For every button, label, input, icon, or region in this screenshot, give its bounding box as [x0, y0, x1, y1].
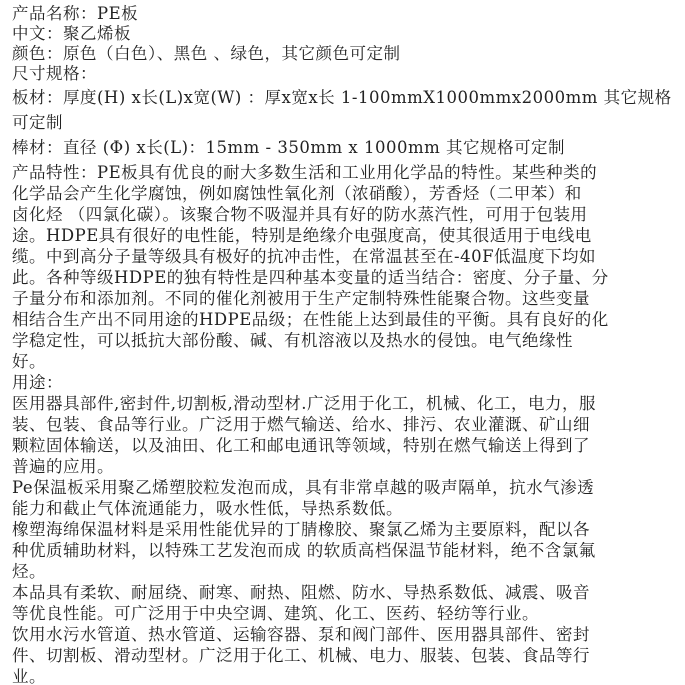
text-line: 等优良性能。可广泛用于中央空调、建筑、化工、医药、轻纺等行业。 [12, 604, 539, 624]
text-line: 医用器具部件,密封件,切割板,滑动型材.广泛用于化工，机械、化工，电力，服 [12, 394, 596, 414]
text-line: 化学品会产生化学腐蚀，例如腐蚀性氧化剂（浓硝酸），芳香烃（二甲苯）和 [12, 184, 582, 204]
text-line: 缆。中到高分子量等级具有极好的抗冲击性，在常温甚至在-40F低温度下均如 [12, 247, 596, 267]
text-line: 能力和截止气体流通能力，吸水性低，导热系数低。 [12, 499, 403, 519]
text-line: Pe保温板采用聚乙烯塑胶粒发泡而成，具有非常卓越的吸声隔单，抗水气渗透 [12, 478, 594, 498]
text-line: 途。HDPE具有很好的电性能，特别是绝缘介电强度高，使其很适用于电线电 [12, 226, 592, 246]
text-line: 装、包装、食品等行业。广泛用于燃气输送、给水、排污、农业灌溉、矿山细 [12, 415, 590, 435]
text-line: 棒材：直径 (Φ) x长(L)：15mm - 350mm x 1000mm 其它… [12, 138, 565, 158]
text-line: 产品特性：PE板具有优良的耐大多数生活和工业用化学品的特性。某些种类的 [12, 163, 597, 183]
text-line: 烃。 [12, 562, 46, 582]
text-line: 此。各种等级HDPE的独有特性是四种基本变量的适当结合：密度、分子量、分 [12, 268, 609, 288]
text-line: 卤化烃 （四氯化碳）。该聚合物不吸湿并具有好的防水蒸汽性，可用于包装用 [12, 205, 588, 225]
text-line: 饮用水污水管道、热水管道、运输容器、泵和阀门部件、医用器具部件、密封 [12, 625, 590, 645]
text-line: 产品名称：PE板 [12, 4, 138, 24]
text-line: 件、切割板、滑动型材。广泛用于化工、机械、电力、服装、包装、食品等行 [12, 646, 590, 666]
text-line: 橡塑海绵保温材料是采用性能优异的丁腈橡胶、聚氯乙烯为主要原料，配以各 [12, 520, 590, 540]
text-line: 学稳定性，可以抵抗大部份酸、碱、有机溶液以及热水的侵蚀。电气绝缘性 [12, 331, 573, 351]
text-line: 颜色：原色（白色）、黑色 、绿色，其它颜色可定制 [12, 44, 401, 64]
text-line: 可定制 [12, 113, 63, 133]
text-line: 相结合生产出不同用途的HDPE品级；在性能上达到最佳的平衡。具有良好的化 [12, 310, 609, 330]
text-line: 中文：聚乙烯板 [12, 24, 131, 44]
text-line: 普遍的应用。 [12, 457, 114, 477]
text-line: 板材：厚度(H) x长(L)x宽(W) ：厚x宽x长 1-100mmX1000m… [12, 88, 672, 108]
text-line: 业。 [12, 667, 46, 685]
text-line: 好。 [12, 352, 46, 372]
text-line: 种优质辅助材料，以特殊工艺发泡而成 的软质高档保温节能材料，绝不含氯氟 [12, 541, 596, 561]
text-line: 本品具有柔软、耐屈绕、耐寒、耐热、阻燃、防水、导热系数低、减震、吸音 [12, 583, 590, 603]
text-line: 用途： [12, 373, 63, 393]
text-line: 子量分布和添加剂。不同的催化剂被用于生产定制特殊性能聚合物。这些变量 [12, 289, 590, 309]
text-line: 尺寸规格： [12, 64, 97, 84]
text-line: 颗粒固体输送，以及油田、化工和邮电通讯等领域，特别在燃气输送上得到了 [12, 436, 590, 456]
